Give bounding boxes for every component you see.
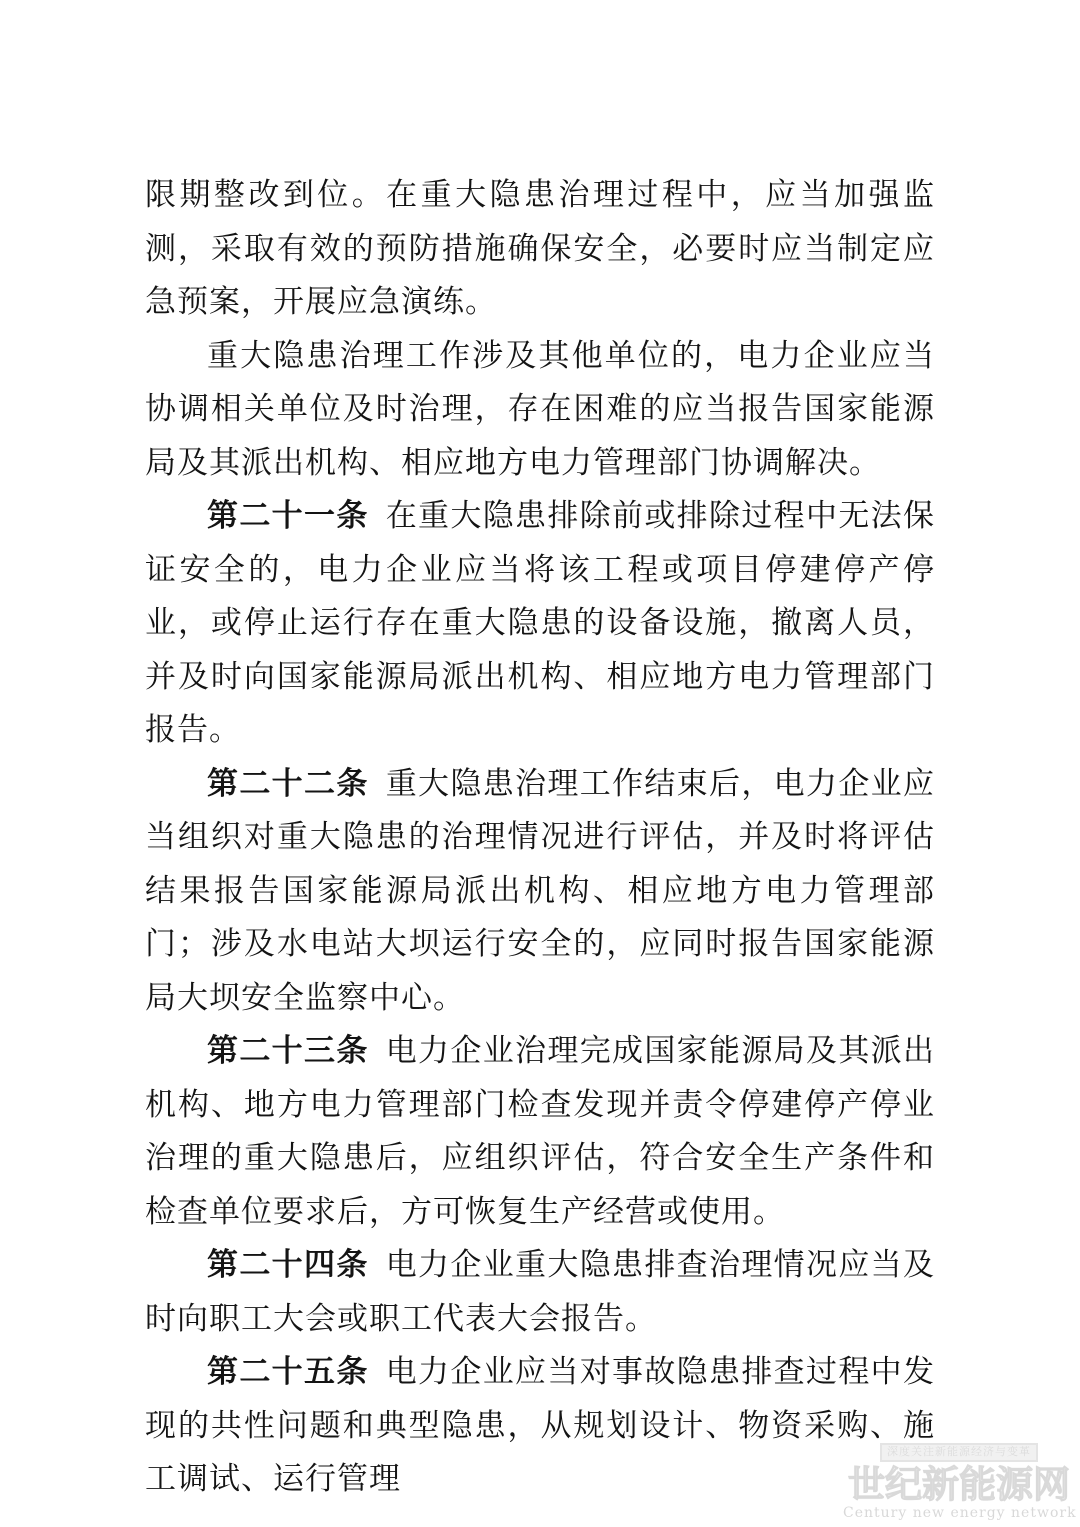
paragraph-article-23: 第二十三条电力企业治理完成国家能源局及其派出机构、地方电力管理部门检查发现并责令… — [145, 1024, 935, 1238]
paragraph-continuation: 限期整改到位。在重大隐患治理过程中，应当加强监测，采取有效的预防措施确保安全，必… — [145, 168, 935, 329]
paragraph-text: 在重大隐患排除前或排除过程中无法保证安全的，电力企业应当将该工程或项目停建停产停… — [145, 498, 935, 747]
paragraph-text: 限期整改到位。在重大隐患治理过程中，应当加强监测，采取有效的预防措施确保安全，必… — [145, 177, 935, 319]
article-number: 第二十四条 — [207, 1247, 369, 1282]
paragraph-article-25: 第二十五条电力企业应当对事故隐患排查过程中发现的共性问题和典型隐患，从规划设计、… — [145, 1345, 935, 1506]
article-number: 第二十二条 — [207, 766, 369, 801]
article-number: 第二十五条 — [207, 1354, 369, 1389]
paragraph: 重大隐患治理工作涉及其他单位的，电力企业应当协调相关单位及时治理，存在困难的应当… — [145, 329, 935, 490]
paragraph-article-21: 第二十一条在重大隐患排除前或排除过程中无法保证安全的，电力企业应当将该工程或项目… — [145, 489, 935, 757]
paragraph-article-22: 第二十二条重大隐患治理工作结束后，电力企业应当组织对重大隐患的治理情况进行评估，… — [145, 757, 935, 1025]
article-number: 第二十三条 — [207, 1033, 369, 1068]
watermark-subtitle: Century new energy network — [843, 1505, 1075, 1522]
paragraph-text: 重大隐患治理工作涉及其他单位的，电力企业应当协调相关单位及时治理，存在困难的应当… — [145, 338, 935, 480]
paragraph-text: 重大隐患治理工作结束后，电力企业应当组织对重大隐患的治理情况进行评估，并及时将评… — [145, 766, 935, 1015]
document-page: 限期整改到位。在重大隐患治理过程中，应当加强监测，采取有效的预防措施确保安全，必… — [0, 0, 1080, 1527]
article-number: 第二十一条 — [207, 498, 369, 533]
document-body: 限期整改到位。在重大隐患治理过程中，应当加强监测，采取有效的预防措施确保安全，必… — [145, 168, 935, 1506]
paragraph-article-24: 第二十四条电力企业重大隐患排查治理情况应当及时向职工大会或职工代表大会报告。 — [145, 1238, 935, 1345]
